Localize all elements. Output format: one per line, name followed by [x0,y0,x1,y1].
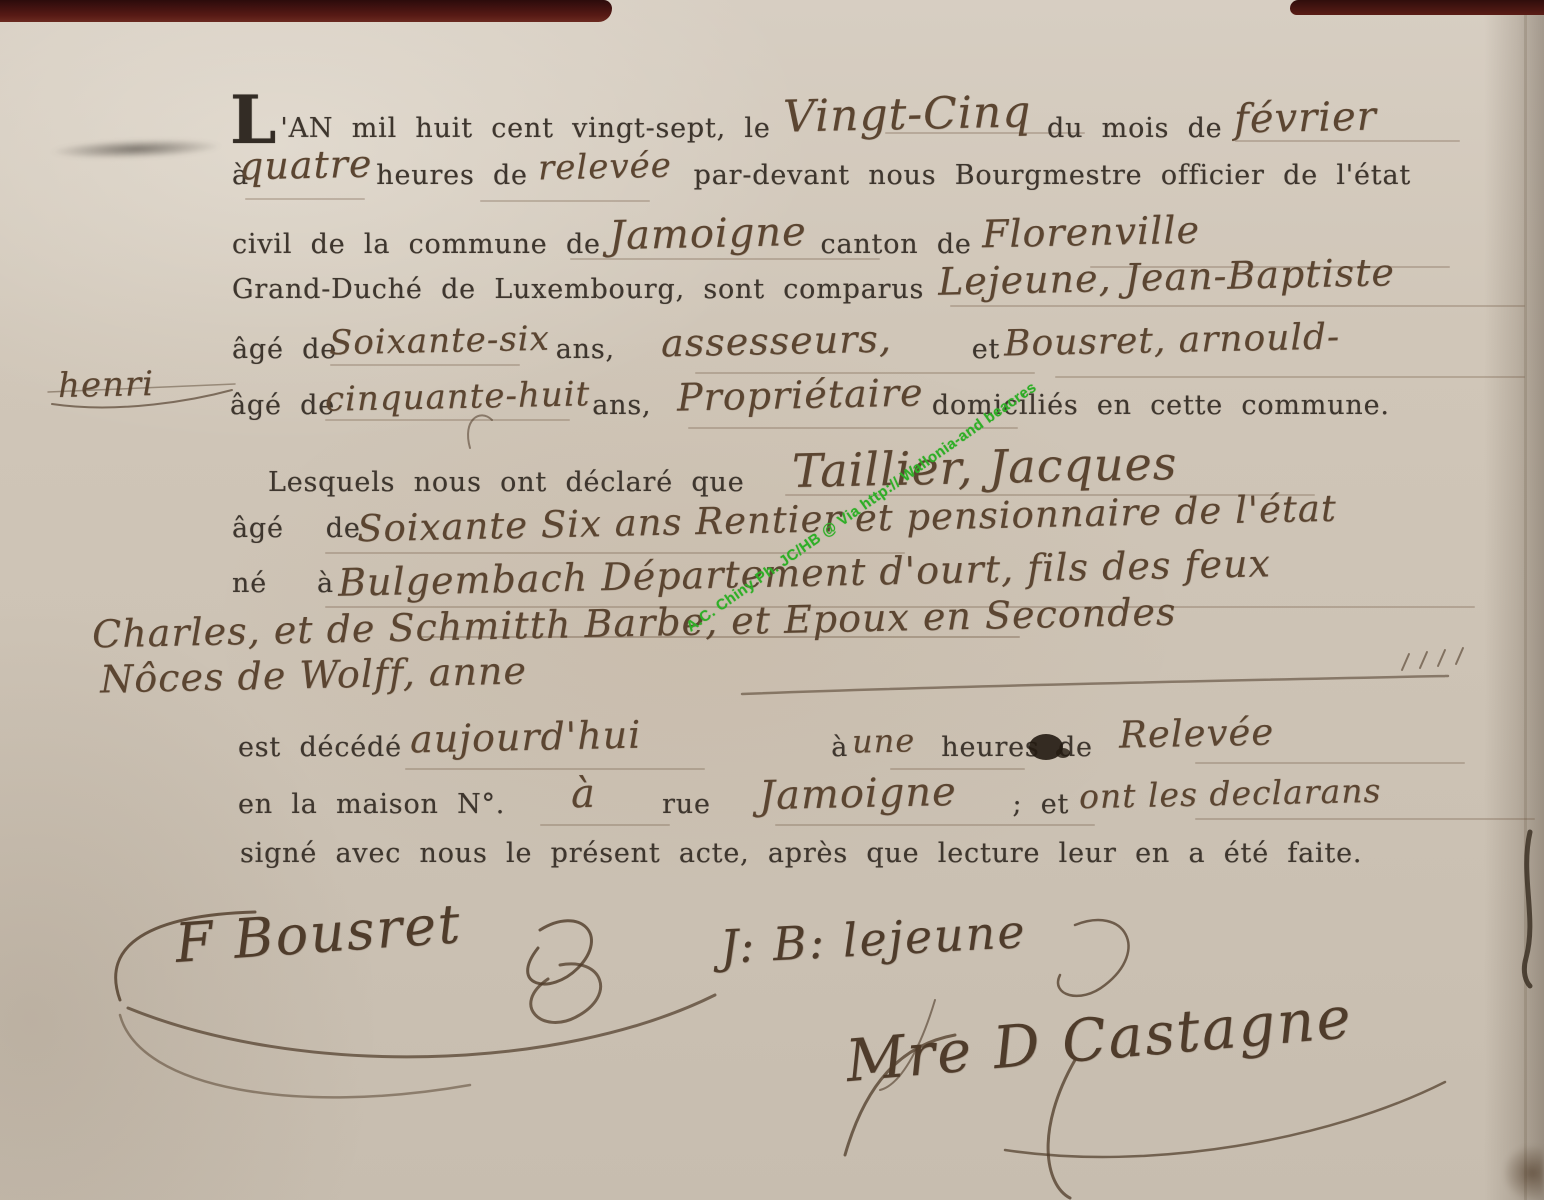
printed-text: âgé [232,513,284,544]
handwritten-canton: Florenville [981,211,1200,254]
act-line-5: âgé deSoixante-sixans,assesseurs,etBousr… [232,326,1340,365]
act-line-2: àquatreheures derelevéepar-devant nous B… [232,152,1411,190]
dropcap-L: L [230,94,276,147]
handwritten-commune: Jamoigne [608,212,807,256]
printed-text: heures de [941,732,1093,763]
act-line-7: Lesquels nous ont déclaré queTaillier, J… [268,452,1178,498]
page-edge-shading [1484,0,1544,1200]
printed-text: heures de [376,160,528,191]
handwritten-witness2: Bousret, arnould- [1004,319,1341,362]
handwritten-hour: quatre [239,145,373,186]
handwritten-house-no: à [571,774,597,815]
ruled-line [245,198,365,200]
ruled-line [1055,376,1525,378]
printed-text: à [317,568,334,599]
act-line-10: Charles, et de Schmitth Barbe, et Epoux … [92,604,1176,642]
handwritten-meridiem: relevée [538,149,673,186]
handwritten-witness1: Lejeune, Jean-Baptiste [938,253,1396,301]
printed-text: est décédé [238,732,402,763]
handwritten-death-meridiem: Relevée [1118,713,1274,753]
handwritten-profession1: assesseurs, [661,320,893,363]
printed-text: à [831,732,848,763]
printed-text: ; et [1012,789,1069,820]
margin-note: henri [58,368,154,402]
act-line-8: âgédeSoixante Six ans Rentier et pension… [232,506,1336,543]
handwritten-age2: cinquante-huit [325,377,591,417]
printed-text: âgé de [232,334,337,365]
printed-text: Grand-Duché de Luxembourg, sont comparus [232,274,924,305]
act-line-11: Nôces de Wolff, anne [100,656,527,694]
printed-text: 'AN mil huit cent vingt-sept, le [280,113,770,144]
handwritten-death-day: aujourd'hui [410,716,642,759]
printed-text: civil de la commune de [232,229,601,260]
page-crease [1524,0,1527,1200]
handwritten-declarants: ont les declarans [1079,774,1382,813]
ruled-line [950,305,1525,307]
act-line-4: Grand-Duché de Luxembourg, sont comparus… [232,266,1395,304]
handwritten-deceased-name: Taillier, Jacques [792,440,1178,494]
scan-stain-bottom-right [1504,1146,1544,1200]
handwritten-day: Vingt-Cinq [782,90,1031,139]
ruled-line [480,200,650,202]
act-line-14: signé avec nous le présent acte, après q… [240,840,1362,867]
printed-text: de [326,513,361,544]
printed-text: en la maison N°. [238,789,505,820]
ruled-line [775,824,1095,826]
printed-text: ans, [592,390,651,421]
handwritten-profession2: Propriétaire [677,373,924,416]
printed-text: par-devant nous Bourgmestre officier de … [694,160,1411,191]
ruled-line [405,768,705,770]
printed-text: âgé de [230,390,335,421]
printed-text: né [232,568,267,599]
printed-text: signé avec nous le présent acte, après q… [240,838,1362,869]
act-line-6: âgé decinquante-huitans,Propriétairedomi… [230,382,1390,420]
handwritten-margin-note: henri [58,367,155,403]
ruled-line [1195,762,1465,764]
handwritten-month: février [1234,97,1378,140]
printed-text: et [972,334,1000,365]
ruled-line [540,824,670,826]
printed-text: ans, [556,334,615,365]
handwritten-age1: Soixante-six [329,322,550,361]
handwritten-death-hour: une [852,724,916,757]
scan-edge-top-left [0,0,612,22]
scan-edge-top-right [1290,0,1544,15]
act-line-13: en la maison N°.àrueJamoigne; etont les … [238,780,1382,820]
printed-text: rue [662,789,711,820]
handwritten-spouse: Nôces de Wolff, anne [100,652,528,699]
act-line-12: est décédéaujourd'huiàuneheures deRelevé… [238,724,1274,762]
printed-text: canton de [821,229,972,260]
printed-text: du mois de [1047,113,1222,144]
act-line-3: civil de la commune deJamoignecanton deF… [232,220,1200,260]
handwritten-street: Jamoigne [758,772,957,816]
act-line-1: L'AN mil huit cent vingt-sept, leVingt-C… [230,88,1377,145]
printed-text: Lesquels nous ont déclaré que [268,467,744,498]
